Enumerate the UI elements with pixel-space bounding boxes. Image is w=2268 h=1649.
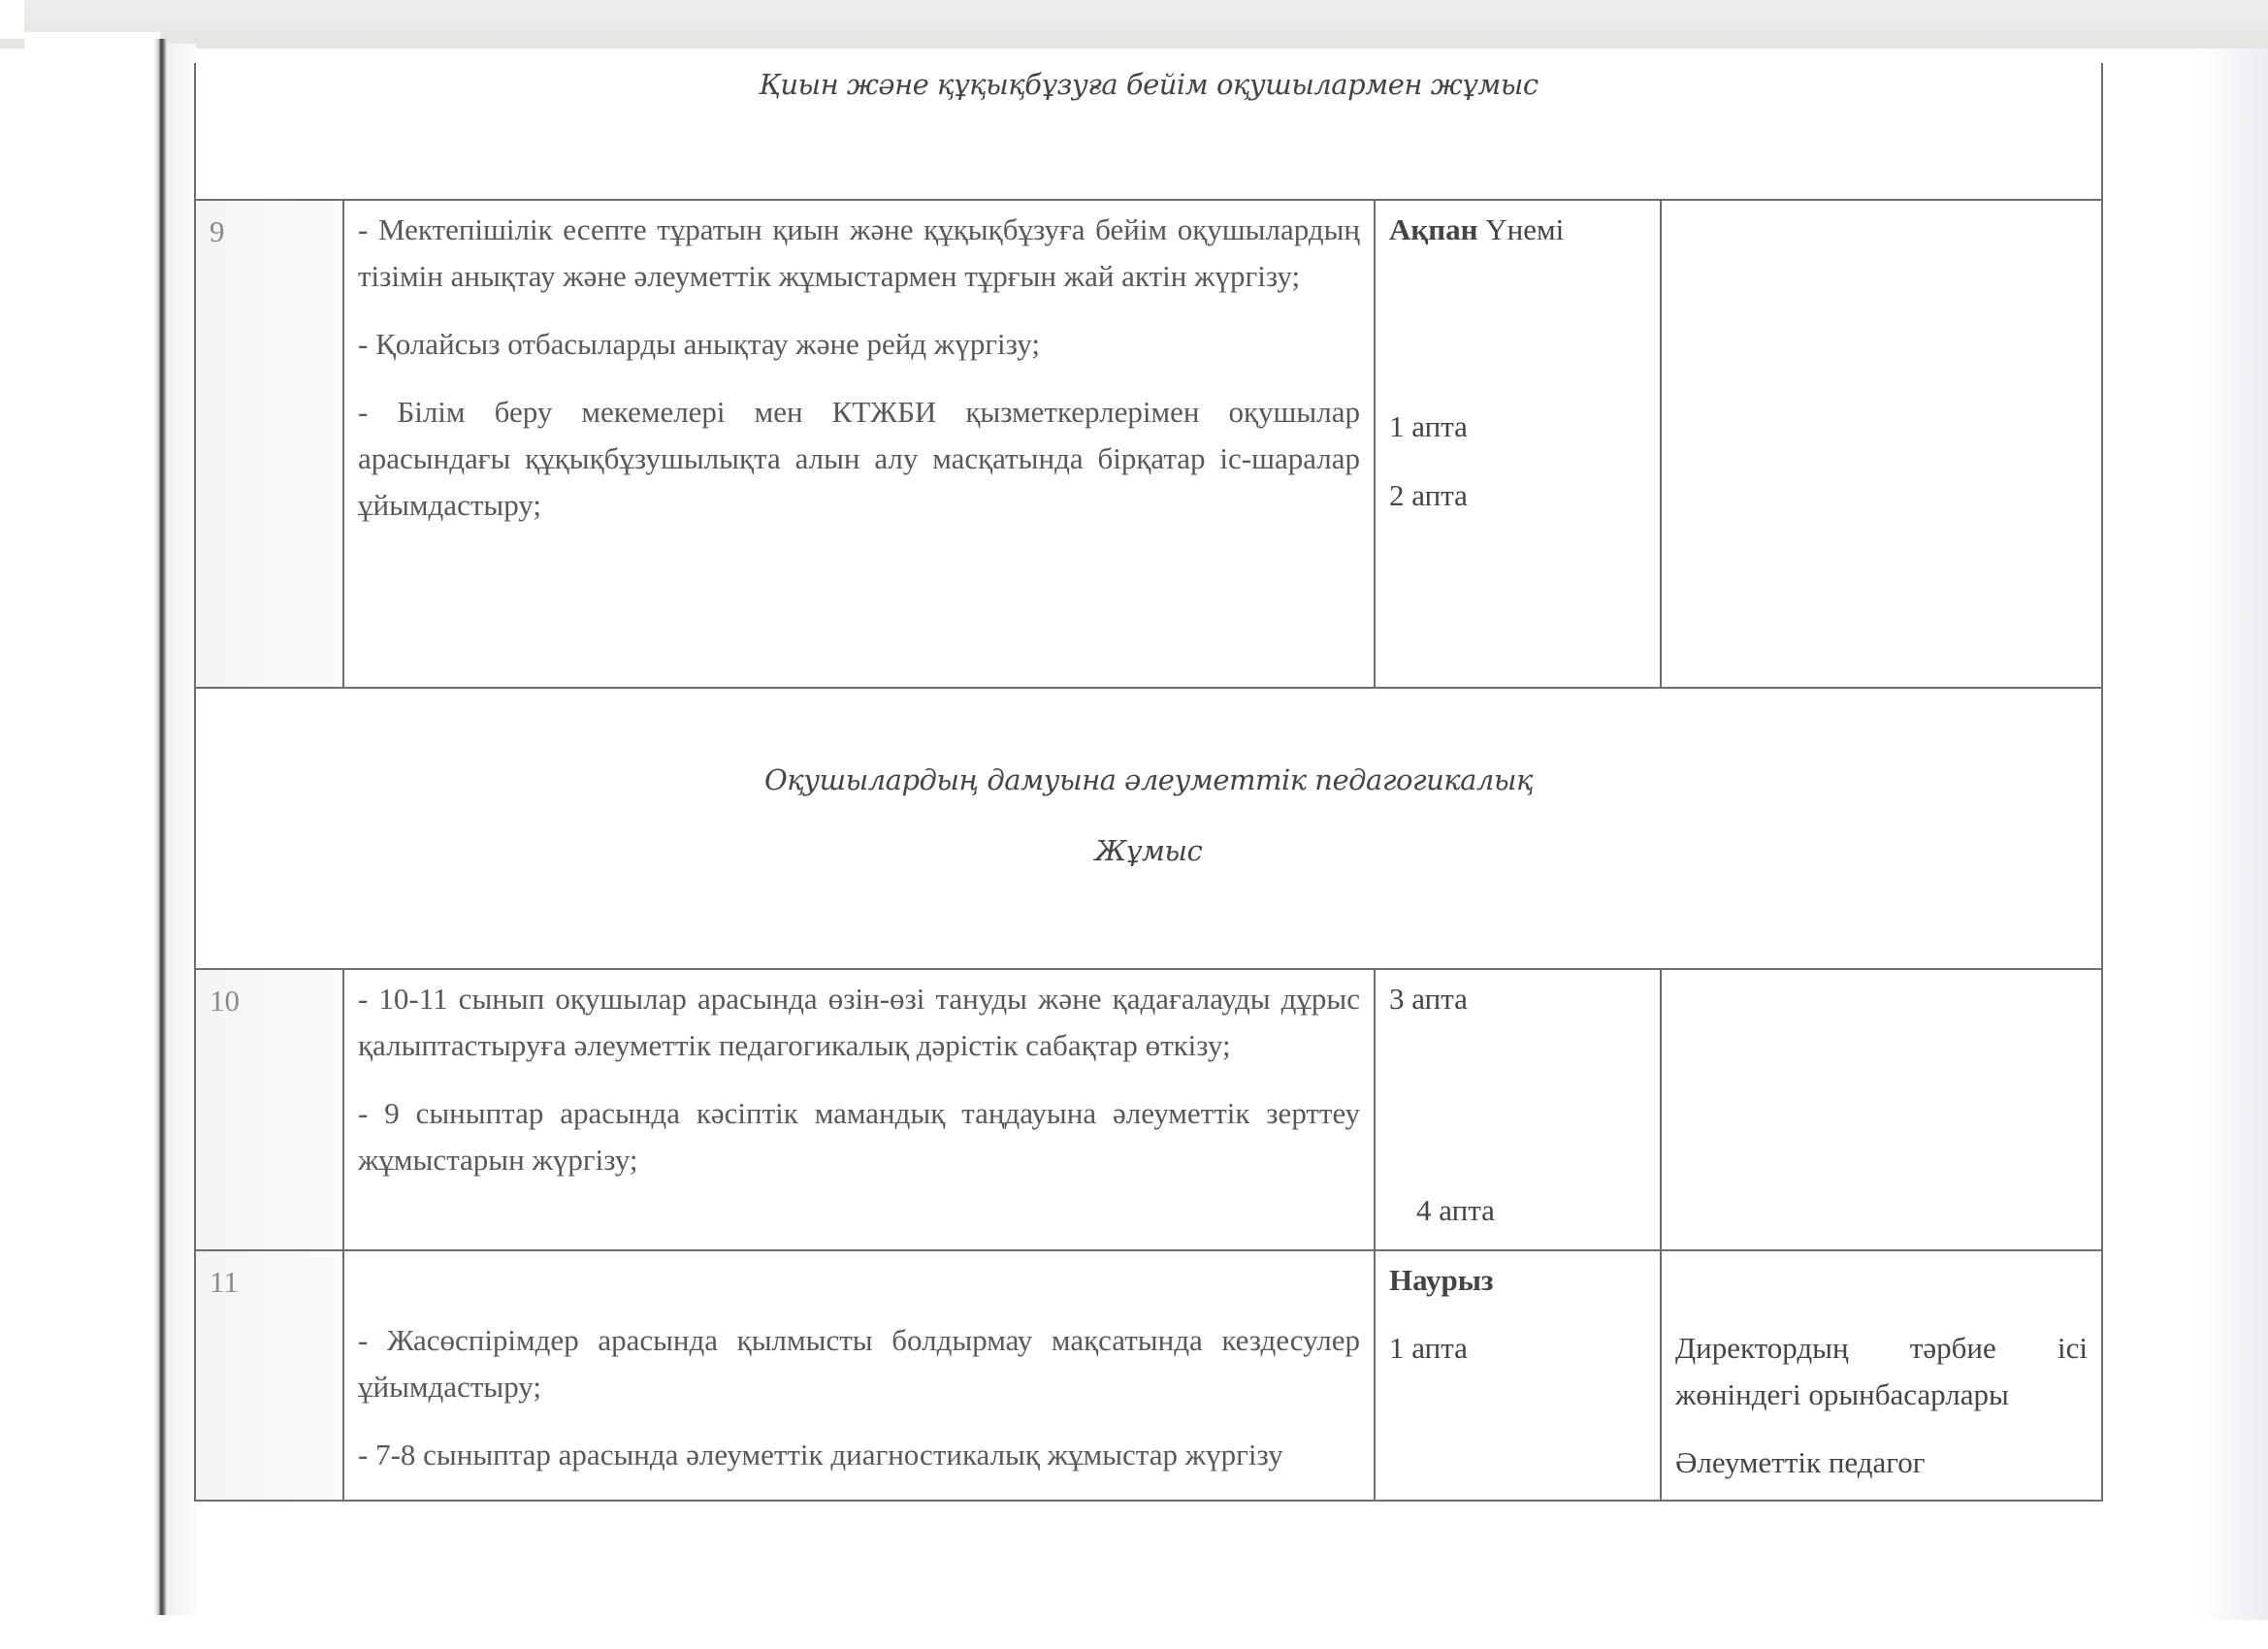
date-cell: Ақпан Үнемі 1 апта 2 апта [1375,200,1661,688]
activity-item: - Қолайсыз отбасыларды анықтау және рейд… [358,321,1360,368]
row-number: 10 [195,969,343,1250]
section-header-cell: Қиын және құқықбұзуға бейім оқушылармен … [195,63,2102,200]
right-page-shadow [2200,48,2268,1620]
page-margin-shade [167,44,196,1615]
activity-item: - Мектепішілік есепте тұратын қиын және … [358,207,1360,300]
scanner-top-left-corner [0,0,24,39]
table-row: 11 - Жасөспірімдер арасында қылмысты бол… [195,1250,2102,1501]
row-number: 11 [195,1250,343,1501]
date-value: 3 апта [1389,976,1646,1022]
activity-item: - 9 сыныптар арасында кәсіптік мамандық … [358,1090,1360,1183]
row-number: 9 [195,200,343,688]
activity-item: - Білім беру мекемелері мен КТЖБИ қызмет… [358,389,1360,529]
activity-item: - 7-8 сыныптар арасында әлеуметтік диагн… [358,1432,1360,1478]
section-header-row: Қиын және құқықбұзуға бейім оқушылармен … [195,63,2102,200]
table-row: 10 - 10-11 сынып оқушылар арасында өзін-… [195,969,2102,1250]
responsible-cell [1661,200,2102,688]
table-row: 9 - Мектепішілік есепте тұратын қиын жән… [195,200,2102,688]
date-cell: Наурыз 1 апта [1375,1250,1661,1501]
plan-table: Қиын және құқықбұзуға бейім оқушылармен … [194,63,2103,1502]
month-label: Ақпан [1389,212,1477,246]
month-label: Наурыз [1389,1257,1646,1304]
date-value: 4 апта [1389,1187,1646,1234]
scanner-top-band [0,0,2268,48]
date-cell: 3 апта 4 апта [1375,969,1661,1250]
section-title-difficult-students: Қиын және құқықбұзуға бейім оқушылармен … [196,63,2101,107]
page-binding-edge [153,39,167,1615]
activities-cell: - 10-11 сынып оқушылар арасында өзін-өзі… [343,969,1375,1250]
responsible-person: Әлеуметтік педагог [1675,1439,2088,1486]
adjacent-page-edge [24,32,160,1623]
section-header-cell: Оқушылардың дамуына әлеуметтік педагогик… [195,688,2102,969]
activity-item: - Жасөспірімдер арасында қылмысты болдыр… [358,1317,1360,1410]
section-title-social-pedagogy-line2: Жұмыс [196,829,2101,873]
activities-cell: - Мектепішілік есепте тұратын қиын және … [343,200,1375,688]
responsible-person: Директордың тәрбие ісі жөніндегі орынбас… [1675,1325,2088,1418]
date-value: 1 апта [1389,404,1646,450]
section-header-row: Оқушылардың дамуына әлеуметтік педагогик… [195,688,2102,969]
activity-item: - 10-11 сынып оқушылар арасында өзін-өзі… [358,976,1360,1069]
activities-cell: - Жасөспірімдер арасында қылмысты болдыр… [343,1250,1375,1501]
date-value: 2 апта [1389,472,1646,519]
responsible-cell [1661,969,2102,1250]
scanner-bottom-band [0,1622,2268,1649]
section-title-social-pedagogy: Оқушылардың дамуына әлеуметтік педагогик… [196,759,2101,802]
responsible-cell: Директордың тәрбие ісі жөніндегі орынбас… [1661,1250,2102,1501]
date-value: Үнемі [1485,212,1564,246]
date-value: 1 апта [1389,1325,1646,1372]
